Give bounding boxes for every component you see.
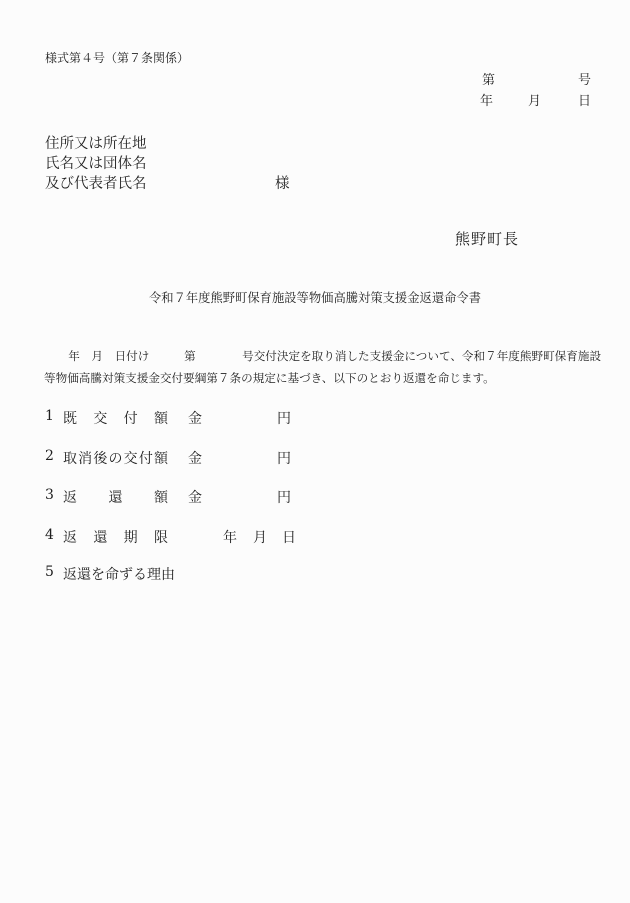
deadline-month-label: 月 — [253, 527, 267, 547]
form-number: 様式第４号（第７条関係） — [45, 49, 189, 66]
item-row-repayment-deadline: 4 返還期限 年 月 日 — [0, 527, 630, 544]
body-paragraph-line-1: 年 月 日付け 第 号交付決定を取り消した支援金について、令和７年度熊野町保育施… — [45, 348, 601, 364]
date-year-label: 年 — [480, 90, 493, 109]
doc-number-suffix: 号 — [578, 69, 591, 88]
recipient-rep-name-label: 及び代表者氏名 — [45, 172, 147, 193]
item-row-repayment-reason: 5 返還を命ずる理由 — [0, 564, 630, 581]
recipient-name-label: 氏名又は団体名 — [45, 152, 147, 173]
item-label: 既交付額 — [63, 408, 168, 428]
recipient-honorific: 様 — [275, 172, 290, 193]
doc-number-prefix: 第 — [482, 69, 495, 88]
yen-prefix: 金 — [188, 408, 202, 428]
yen-suffix: 円 — [277, 448, 291, 468]
item-number: 2 — [45, 448, 54, 464]
body-paragraph-line-2: 等物価高騰対策支援金交付要綱第７条の規定に基づき、以下のとおり返還を命じます。 — [44, 370, 495, 386]
document-title: 令和７年度熊野町保育施設等物価高騰対策支援金返還命令書 — [0, 288, 630, 306]
yen-prefix: 金 — [188, 448, 202, 468]
sender-mayor-title: 熊野町長 — [455, 228, 519, 249]
item-row-paid-amount: 1 既交付額 金 円 — [0, 408, 630, 425]
item-row-repayment-amount: 3 返還額 金 円 — [0, 487, 630, 504]
item-label: 返還期限 — [63, 527, 168, 547]
item-number: 4 — [45, 527, 54, 543]
recipient-address-label: 住所又は所在地 — [45, 132, 147, 153]
item-label: 返還を命ずる理由 — [63, 564, 175, 584]
deadline-day-label: 日 — [282, 527, 296, 547]
yen-prefix: 金 — [188, 487, 202, 507]
date-day-label: 日 — [578, 90, 591, 109]
date-month-label: 月 — [528, 90, 541, 109]
yen-suffix: 円 — [277, 487, 291, 507]
deadline-year-label: 年 — [223, 527, 237, 547]
item-label: 取消後の交付額 — [63, 448, 168, 468]
item-label: 返還額 — [63, 487, 168, 507]
item-number: 5 — [45, 564, 54, 580]
item-row-amount-after-cancel: 2 取消後の交付額 金 円 — [0, 448, 630, 465]
item-number: 1 — [45, 408, 54, 424]
item-number: 3 — [45, 487, 54, 503]
yen-suffix: 円 — [277, 408, 291, 428]
document-page: 様式第４号（第７条関係） 第 号 年 月 日 住所又は所在地 氏名又は団体名 及… — [0, 0, 630, 903]
